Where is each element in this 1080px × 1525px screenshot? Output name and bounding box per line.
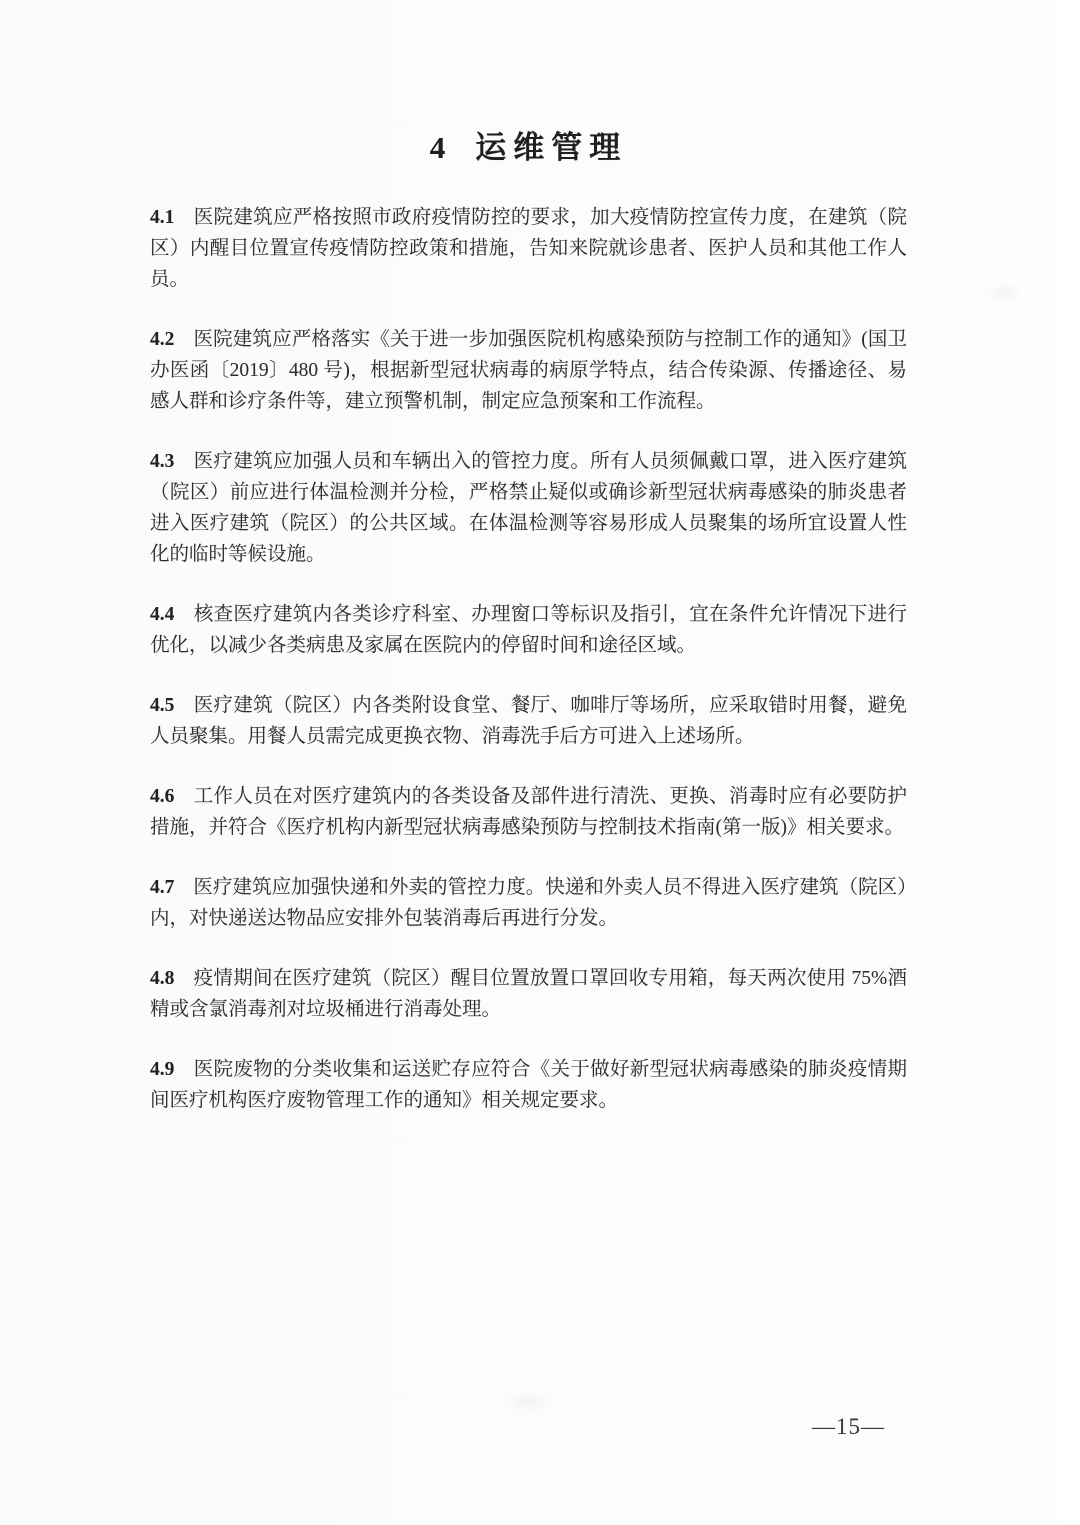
clause-text: 核查医疗建筑内各类诊疗科室、办理窗口等标识及指引，宜在条件允许情况下进行优化，以…: [150, 604, 907, 656]
clause-number: 4.5: [150, 695, 174, 716]
clause-text: 疫情期间在医疗建筑（院区）醒目位置放置口罩回收专用箱，每天两次使用 75%酒精或…: [150, 968, 907, 1020]
clause-4-9: 4.9医院废物的分类收集和运送贮存应符合《关于做好新型冠状病毒感染的肺炎疫情期间…: [150, 1054, 907, 1116]
clause-text: 医疗建筑应加强快递和外卖的管控力度。快递和外卖人员不得进入医疗建筑（院区）内，对…: [150, 877, 907, 929]
clause-text: 医院废物的分类收集和运送贮存应符合《关于做好新型冠状病毒感染的肺炎疫情期间医疗机…: [150, 1059, 907, 1111]
clause-4-1: 4.1医院建筑应严格按照市政府疫情防控的要求，加大疫情防控宣传力度，在建筑（院区…: [150, 202, 907, 295]
clause-text: 医疗建筑应加强人员和车辆出入的管控力度。所有人员须佩戴口罩，进入医疗建筑（院区）…: [150, 451, 907, 565]
clause-text: 医疗建筑（院区）内各类附设食堂、餐厅、咖啡厅等场所，应采取错时用餐，避免人员聚集…: [150, 695, 907, 747]
clause-text: 医院建筑应严格落实《关于进一步加强医院机构感染预防与控制工作的通知》(国卫办医函…: [150, 329, 907, 412]
clause-4-2: 4.2医院建筑应严格落实《关于进一步加强医院机构感染预防与控制工作的通知》(国卫…: [150, 324, 907, 417]
clause-4-8: 4.8疫情期间在医疗建筑（院区）醒目位置放置口罩回收专用箱，每天两次使用 75%…: [150, 963, 907, 1025]
clause-number: 4.7: [150, 877, 174, 898]
clause-4-6: 4.6工作人员在对医疗建筑内的各类设备及部件进行清洗、更换、消毒时应有必要防护措…: [150, 781, 907, 843]
clause-number: 4.8: [150, 968, 174, 989]
clause-text: 医院建筑应严格按照市政府疫情防控的要求，加大疫情防控宣传力度，在建筑（院区）内醒…: [150, 207, 907, 290]
document-content: 4运维管理 4.1医院建筑应严格按照市政府疫情防控的要求，加大疫情防控宣传力度，…: [150, 130, 907, 1145]
document-page: 4运维管理 4.1医院建筑应严格按照市政府疫情防控的要求，加大疫情防控宣传力度，…: [0, 0, 1080, 1525]
clause-text: 工作人员在对医疗建筑内的各类设备及部件进行清洗、更换、消毒时应有必要防护措施，并…: [150, 786, 907, 838]
clause-4-5: 4.5医疗建筑（院区）内各类附设食堂、餐厅、咖啡厅等场所，应采取错时用餐，避免人…: [150, 690, 907, 752]
scan-smudge: [512, 1398, 546, 1406]
page-title: 4运维管理: [150, 130, 907, 166]
clause-number: 4.3: [150, 451, 174, 472]
clause-number: 4.4: [150, 604, 174, 625]
clause-number: 4.6: [150, 786, 174, 807]
chapter-title: 运维管理: [475, 130, 627, 165]
clause-number: 4.2: [150, 329, 174, 350]
clause-number: 4.1: [150, 207, 174, 228]
clause-4-3: 4.3医疗建筑应加强人员和车辆出入的管控力度。所有人员须佩戴口罩，进入医疗建筑（…: [150, 446, 907, 570]
clause-4-7: 4.7医疗建筑应加强快递和外卖的管控力度。快递和外卖人员不得进入医疗建筑（院区）…: [150, 872, 907, 934]
scan-smudge: [990, 288, 1018, 298]
chapter-number: 4: [430, 130, 446, 165]
clause-number: 4.9: [150, 1059, 174, 1080]
clause-4-4: 4.4核查医疗建筑内各类诊疗科室、办理窗口等标识及指引，宜在条件允许情况下进行优…: [150, 599, 907, 661]
page-number: —15—: [812, 1414, 885, 1440]
